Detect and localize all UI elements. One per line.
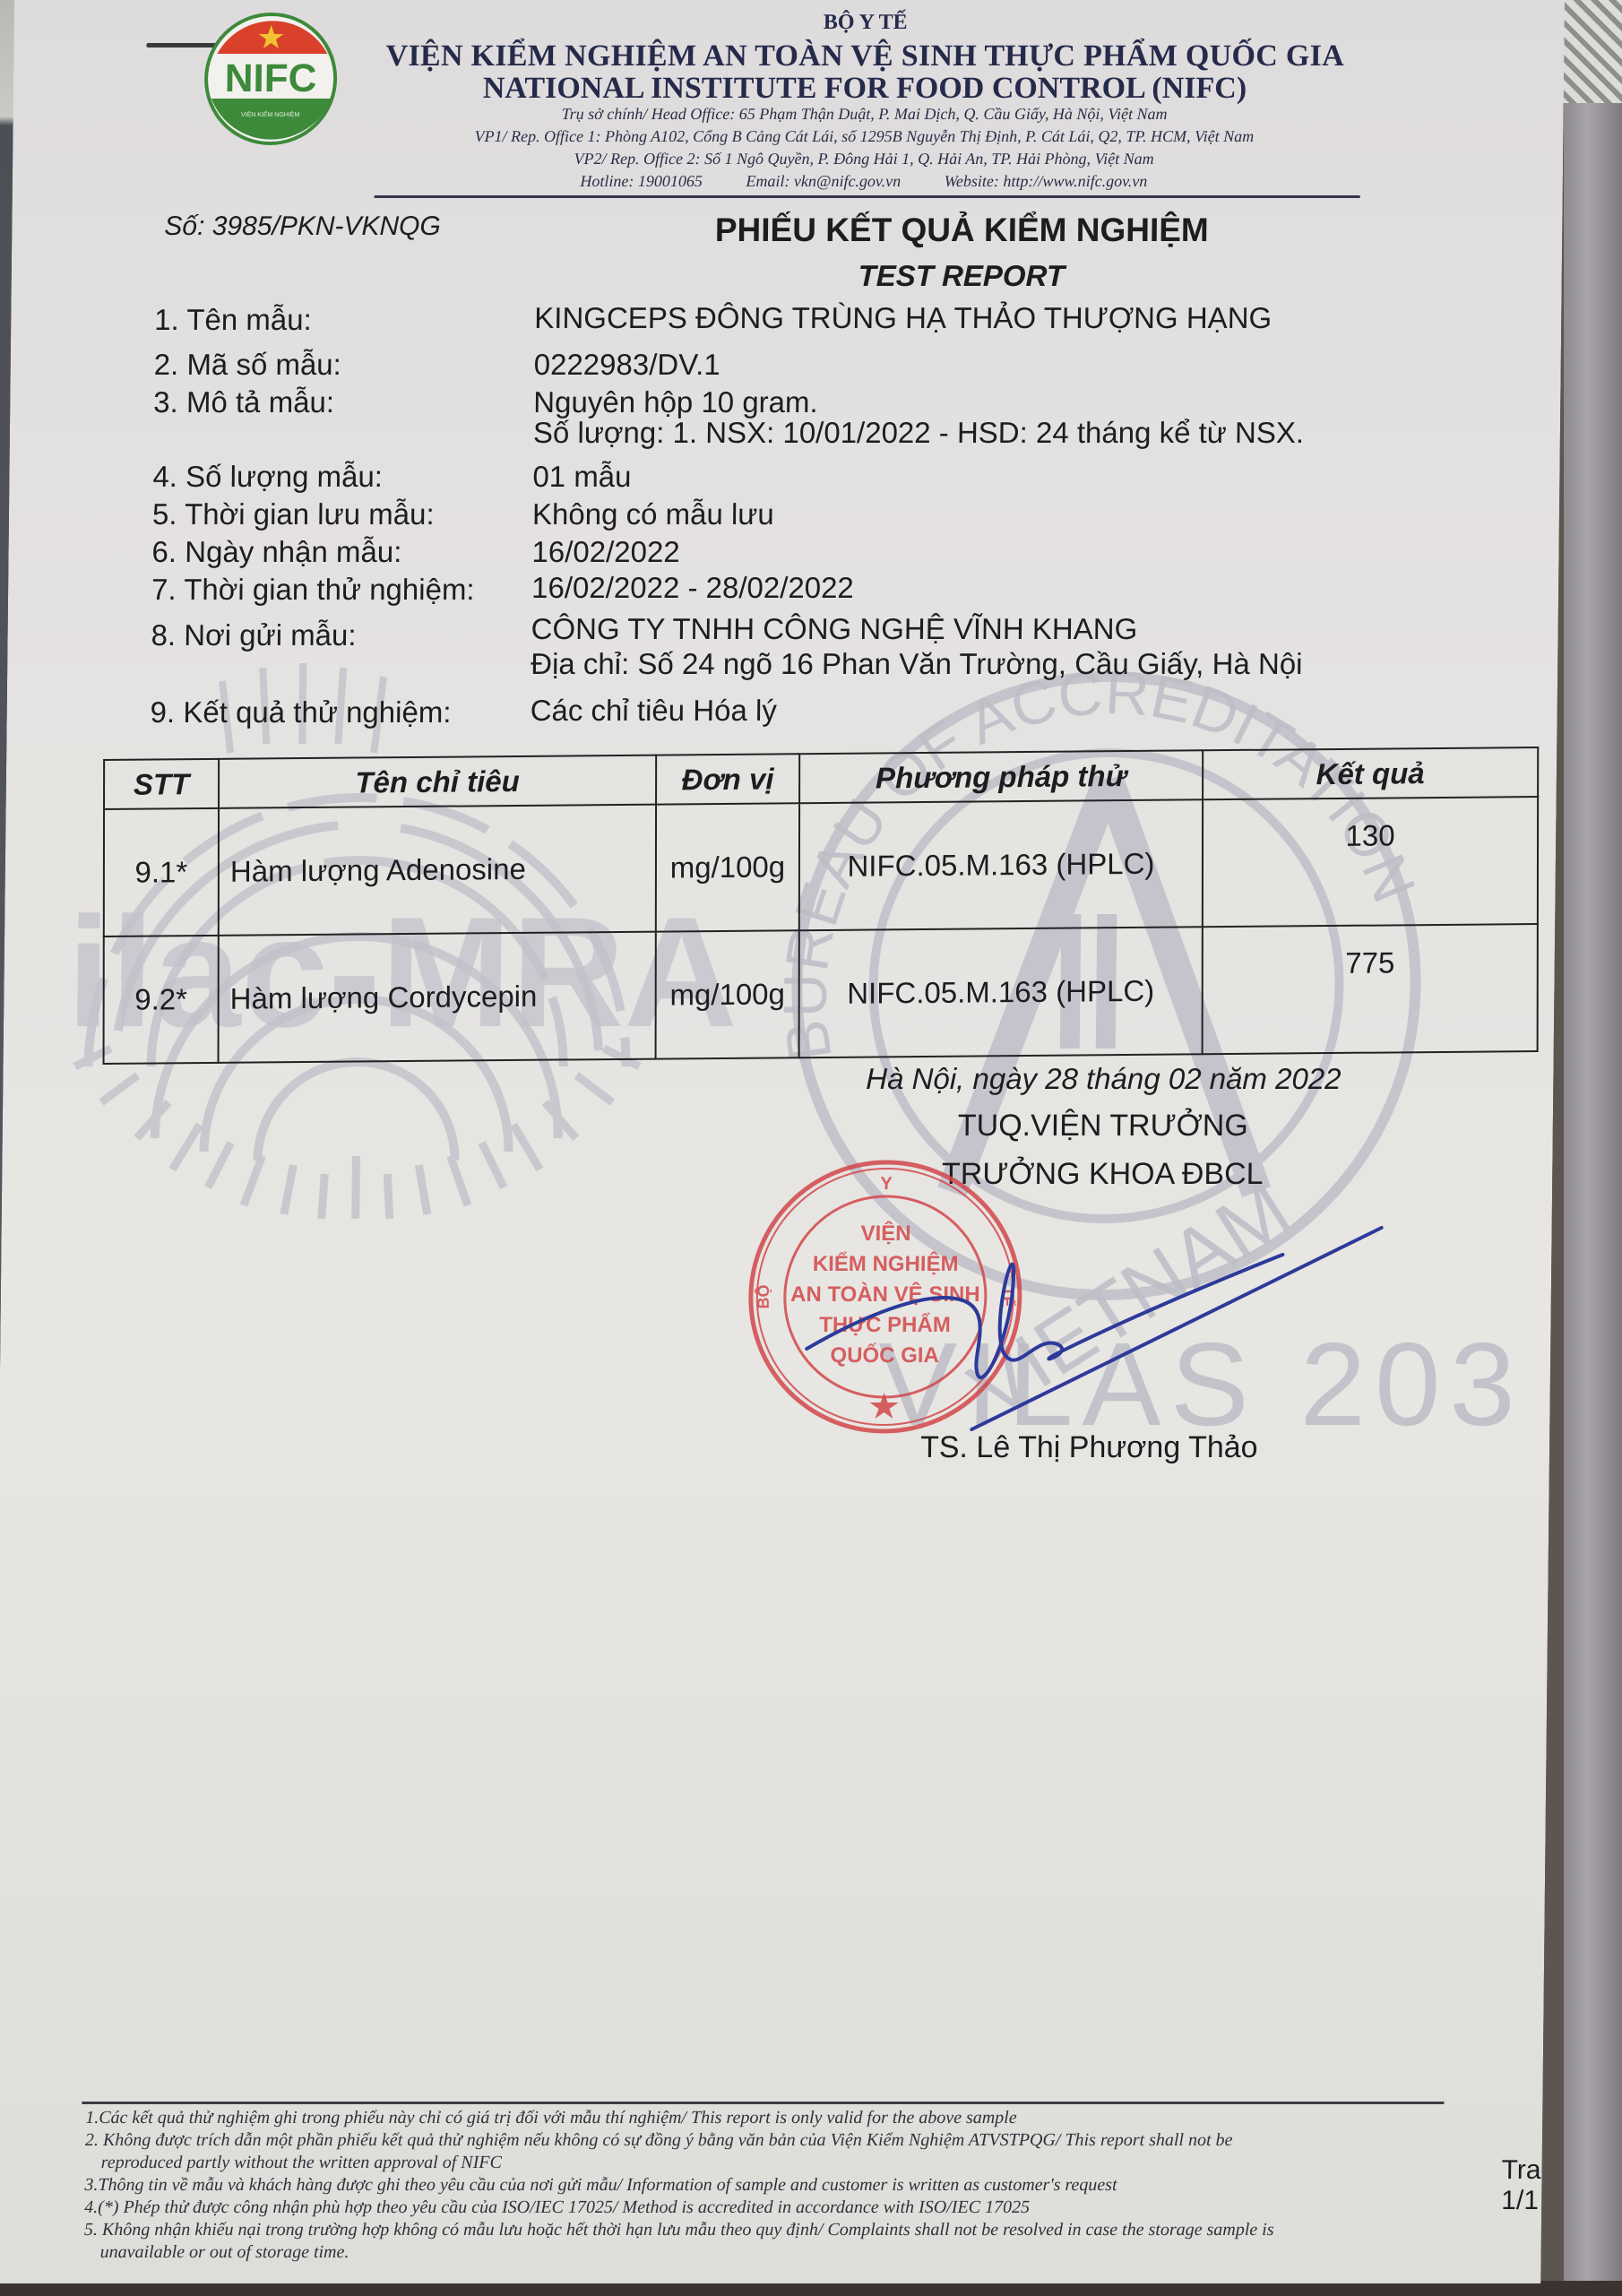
footer-note-5: 5. Không nhận khiếu nại trong trường hợp… [84, 2220, 1455, 2240]
footer-note-3: 3.Thông tin về mẫu và khách hàng được gh… [84, 2175, 1455, 2196]
col-header-unit: Đơn vị [656, 754, 799, 804]
footer-note-1: 1.Các kết quả thử nghiệm ghi trong phiếu… [85, 2108, 1456, 2128]
field-label-retention: 5. Thời gian lưu mẫu: [152, 497, 435, 531]
cell-stt: 9.2* [104, 936, 219, 1064]
col-header-stt: STT [104, 759, 219, 809]
photo-background-right [1564, 103, 1622, 2296]
logo-subtext: VIỆN KIỂM NGHIỆM [241, 110, 300, 118]
field-label-received-date: 6. Ngày nhận mẫu: [151, 535, 401, 569]
footer-divider [82, 2102, 1444, 2104]
field-label-quantity: 4. Số lượng mẫu: [152, 460, 383, 494]
test-report-page: ilac-MRA BUREAU OF ACCREDITATION VIETNAM… [0, 0, 1565, 2283]
footer-note-2: 2. Không được trích dẫn một phần phiếu k… [85, 2130, 1456, 2151]
cell-method: NIFC.05.M.163 (HPLC) [799, 799, 1203, 930]
results-table: STT Tên chỉ tiêu Đơn vị Phương pháp thử … [103, 747, 1540, 1065]
cell-unit: mg/100g [656, 803, 799, 931]
field-value-sample-code: 0222983/DV.1 [534, 348, 720, 382]
field-label-sample-name: 1. Tên mẫu: [154, 303, 312, 337]
field-label-test-period: 7. Thời gian thử nghiệm: [151, 573, 475, 607]
rep-office-1-address: VP1/ Rep. Office 1: Phòng A102, Cổng B C… [353, 127, 1375, 146]
website: Website: http://www.nifc.gov.vn [945, 172, 1148, 190]
field-value-test-results: Các chỉ tiêu Hóa lý [530, 694, 777, 728]
report-title: PHIẾU KẾT QUẢ KIỂM NGHIỆM [657, 211, 1266, 249]
field-value-sender-address: Địa chỉ: Số 24 ngõ 16 Phan Văn Trường, C… [531, 647, 1303, 681]
field-value-sample-name: KINGCEPS ĐÔNG TRÙNG HẠ THẢO THƯỢNG HẠNG [534, 301, 1272, 335]
logo-text: NIFC [225, 56, 317, 100]
stamp-top-text: Y [880, 1174, 893, 1194]
footer-note-4: 4.(*) Phép thử được công nhận phù hợp th… [84, 2197, 1455, 2218]
institute-name-en: NATIONAL INSTITUTE FOR FOOD CONTROL (NIF… [354, 72, 1376, 106]
field-value-description: Nguyên hộp 10 gram. [533, 385, 818, 419]
letterhead-divider [375, 195, 1360, 198]
cell-parameter: Hàm lượng Cordycepin [219, 932, 656, 1063]
cell-unit: mg/100g [656, 930, 799, 1058]
table-row: 9.1* Hàm lượng Adenosine mg/100g NIFC.05… [104, 797, 1538, 937]
place-and-date: Hà Nội, ngày 28 tháng 02 năm 2022 [834, 1062, 1372, 1096]
photo-background-top-right [1559, 0, 1622, 103]
table-row: 9.2* Hàm lượng Cordycepin mg/100g NIFC.0… [104, 924, 1538, 1064]
cell-result: 130 [1203, 797, 1538, 927]
field-value-test-period: 16/02/2022 - 28/02/2022 [531, 571, 854, 605]
col-header-result: Kết quả [1203, 747, 1538, 799]
field-label-sample-code: 2. Mã số mẫu: [154, 348, 341, 382]
rep-office-2-address: VP2/ Rep. Office 2: Số 1 Ngô Quyền, P. Đ… [353, 150, 1375, 168]
field-value-description-details: Số lượng: 1. NSX: 10/01/2022 - HSD: 24 t… [533, 416, 1305, 450]
signer-name: TS. Lê Thị Phương Thảo [920, 1430, 1258, 1465]
field-label-sender: 8. Nơi gửi mẫu: [151, 618, 356, 652]
field-value-received-date: 16/02/2022 [531, 535, 680, 569]
footer-note-2-continued: reproduced partly without the written ap… [101, 2153, 1472, 2173]
cell-parameter: Hàm lượng Adenosine [219, 805, 656, 936]
col-header-parameter: Tên chỉ tiêu [219, 755, 656, 808]
field-value-quantity: 01 mẫu [532, 460, 631, 494]
nifc-logo: NIFC VIỆN KIỂM NGHIỆM [196, 11, 346, 147]
field-value-retention: Không có mẫu lưu [532, 497, 774, 531]
head-office-address: Trụ sở chính/ Head Office: 65 Phạm Thận … [354, 105, 1376, 124]
ministry-name: BỘ Y TẾ [355, 11, 1376, 35]
handwritten-signature [788, 1219, 1400, 1434]
field-label-description: 3. Mô tả mẫu: [153, 385, 334, 419]
footer-note-5-continued: unavailable or out of storage time. [100, 2242, 1471, 2263]
page-number: Trang 1/1 [1501, 2155, 1571, 2216]
cell-result: 775 [1203, 924, 1538, 1054]
field-label-test-results: 9. Kết quả thử nghiệm: [150, 695, 451, 729]
stamp-left-text: BỘ [754, 1285, 772, 1309]
col-header-method: Phương pháp thử [799, 750, 1203, 803]
email: Email: vkn@nifc.gov.vn [746, 172, 901, 190]
institute-name-vn: VIỆN KIỂM NGHIỆM AN TOÀN VỆ SINH THỰC PH… [354, 39, 1376, 73]
report-subtitle: TEST REPORT [657, 259, 1266, 293]
field-value-sender: CÔNG TY TNHH CÔNG NGHỆ VĨNH KHANG [531, 612, 1137, 646]
signer-role-1: TUQ.VIỆN TRƯỞNG [834, 1109, 1372, 1144]
report-number: Số: 3985/PKN-VKNQG [164, 211, 441, 242]
cell-method: NIFC.05.M.163 (HPLC) [799, 927, 1203, 1057]
cell-stt: 9.1* [104, 808, 219, 937]
hotline: Hotline: 19001065 [580, 172, 703, 190]
contact-line: Hotline: 19001065 Email: vkn@nifc.gov.vn… [353, 172, 1375, 191]
